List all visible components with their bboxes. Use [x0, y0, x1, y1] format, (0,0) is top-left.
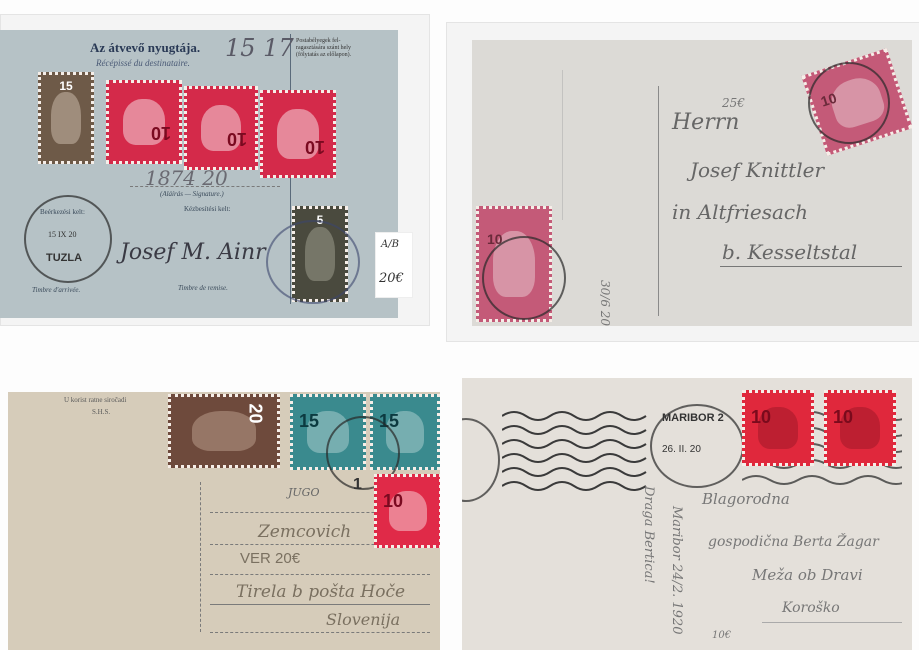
postmark-top	[808, 62, 890, 144]
postmark-number: 1	[353, 476, 362, 494]
address-line-3: in Altfriesach	[672, 200, 808, 224]
signature-label: (Aláírás — Signature.)	[160, 190, 224, 198]
stamp-value: 10	[151, 122, 171, 143]
message-date: Maribor 24/2. 1920	[669, 506, 684, 634]
partial-postmark-left	[462, 418, 500, 502]
address-rule-3	[210, 574, 430, 575]
address-underline	[720, 266, 902, 267]
price-tag-price: 20€	[379, 271, 404, 286]
postmark-date: 26. II. 20	[662, 444, 701, 455]
stamp-15-brown: 15	[38, 72, 94, 164]
delivery-label: Kézbesítési kelt:	[184, 205, 230, 213]
address-line-1: Zemcovich	[258, 522, 351, 542]
handwritten-note: JUGO	[288, 486, 320, 499]
price-note: 25€	[722, 96, 745, 110]
stamp-value: 10	[751, 407, 771, 428]
stamp-value: 15	[59, 79, 72, 93]
price-tag-code: A/B	[381, 239, 399, 250]
greeting: Draga Bertica!	[641, 486, 656, 584]
postcard-divider	[200, 482, 202, 632]
stamp-10-red-3: 10	[260, 90, 336, 178]
stamp-value: 10	[383, 491, 403, 512]
address-line-4: Slovenija	[326, 610, 400, 629]
stamp-10-red-2: 10	[184, 86, 258, 170]
stamp-value: 10	[833, 407, 853, 428]
receipt-card: Az átvevő nyugtája. Récépissé du destina…	[0, 30, 398, 318]
price-tag-receipt: A/B 20€	[375, 232, 413, 298]
receipt-subtitle: Récépissé du destinataire.	[96, 58, 190, 68]
stamp-value: 10	[227, 128, 247, 149]
postcard-herrn: 25€ Herrn Josef Knittler in Altfriesach …	[472, 40, 912, 326]
address-line-2: VER 20€	[240, 550, 300, 567]
postcard-zemcovich: U korist ratne siročadi S.H.S. JUGO Zemc…	[8, 392, 440, 650]
address-line-3: Tirela b pošta Hoče	[236, 582, 405, 602]
receipt-title: Az átvevő nyugtája.	[90, 40, 200, 56]
stamp-figure-icon	[51, 92, 81, 144]
receipt-signature: Josef M. Ainr	[120, 240, 266, 265]
stamp-value: 10	[305, 136, 325, 157]
arrival-stamp-label: Timbre d'arrivée.	[32, 286, 80, 294]
card-header-2: S.H.S.	[92, 408, 110, 416]
receipt-top-note: 15 17	[225, 34, 294, 62]
stamp-value: 20	[244, 403, 265, 423]
stamp-10-red: 10	[374, 474, 440, 548]
postmark-bottom	[482, 236, 566, 320]
delivery-stamp-label: Timbre de remise.	[178, 284, 228, 292]
tuzla-postmark	[24, 195, 112, 283]
address-underline	[762, 622, 902, 623]
card-header: U korist ratne siročadi	[64, 396, 126, 404]
delivery-postmark	[266, 220, 360, 304]
address-line-3: Meža ob Dravi	[752, 566, 863, 584]
address-line-1: Blagorodna	[702, 490, 790, 508]
message-date: 30/6 20.	[598, 280, 612, 326]
stamp-10-red-2: 10	[824, 390, 896, 466]
address-line-4: b. Kesseltstal	[722, 240, 857, 264]
address-line-2: Josef Knittler	[690, 158, 824, 182]
address-line-4: Koroško	[782, 600, 840, 616]
stamp-10-red-1: 10	[106, 80, 182, 164]
stamp-10-red-1: 10	[742, 390, 814, 466]
postcard-divider	[658, 86, 659, 316]
stamp-20-brown: 20	[168, 394, 280, 468]
postmark-city: TUZLA	[46, 252, 82, 264]
message-handwriting	[562, 70, 623, 220]
postmark-city: MARIBOR 2	[662, 412, 724, 424]
price-note: 10€	[712, 630, 731, 641]
stamp-value: 15	[299, 411, 319, 432]
address-line-2: gospodična Berta Žagar	[708, 534, 879, 550]
postmark-date: 15 IX 20	[48, 230, 76, 239]
address-rule-5	[210, 632, 430, 633]
address-rule-4	[210, 604, 430, 605]
address-line-1: Herrn	[672, 110, 739, 135]
machine-cancel-waves-left	[502, 406, 652, 496]
receipt-side-note: Postabélyegek fel-ragasztására szánt hel…	[296, 38, 358, 59]
postcard-maribor: MARIBOR 2 26. II. 20 10 10 Blagorodna go…	[462, 378, 912, 650]
